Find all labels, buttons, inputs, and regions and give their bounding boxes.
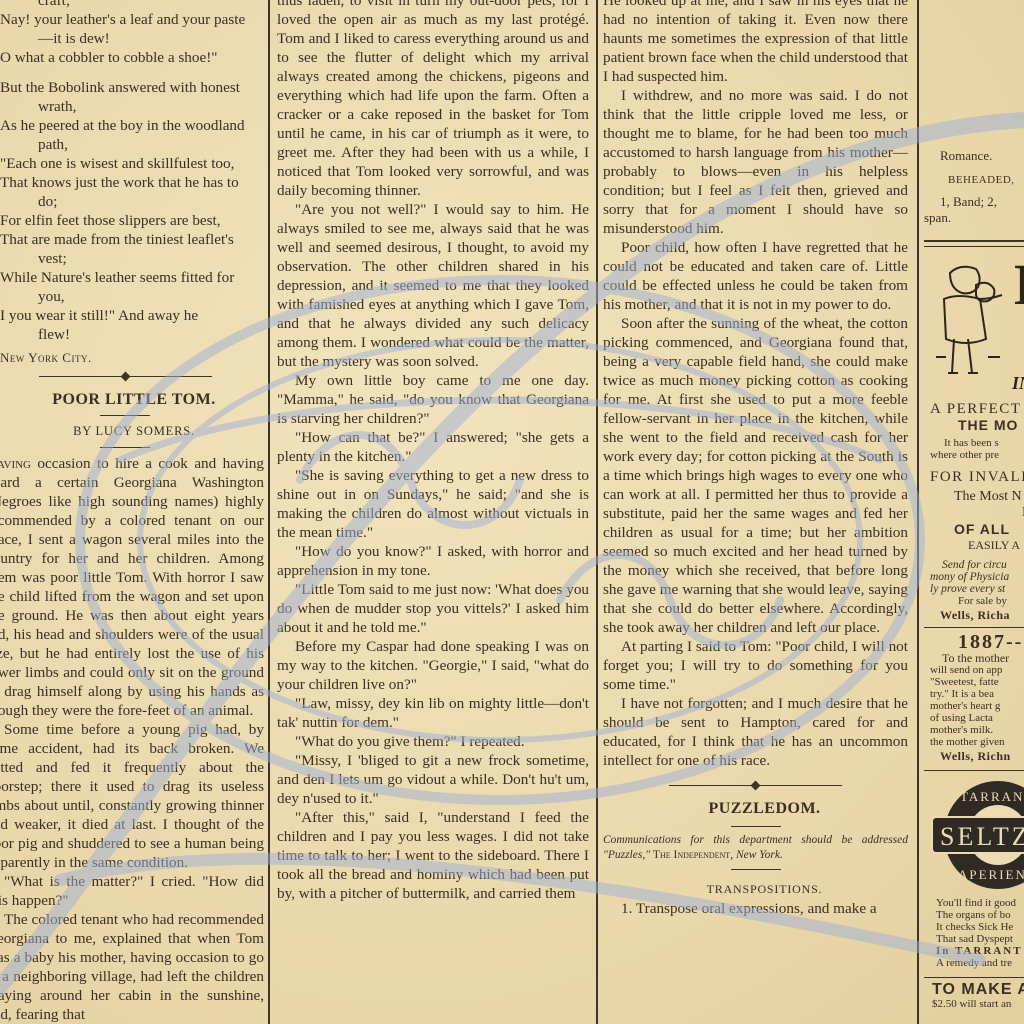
title-rule bbox=[100, 415, 150, 416]
article-title: POOR LITTLE TOM. bbox=[0, 390, 264, 409]
article-paragraph: "Are you not well?" I would say to him. … bbox=[277, 200, 589, 371]
ad-to-make: TO MAKE A $2.50 will start an bbox=[924, 982, 1024, 1010]
verse-line: craft; bbox=[0, 0, 264, 10]
article-paragraph: Having occasion to hire a cook and havin… bbox=[0, 454, 264, 720]
article-paragraph: The colored tenant who had recommended G… bbox=[0, 910, 264, 1024]
verse-line: you, bbox=[0, 287, 264, 306]
verse-line: —it is dew! bbox=[0, 29, 264, 48]
verse-line: Nay! your leather's a leaf and your past… bbox=[0, 10, 264, 29]
verse-line: do; bbox=[0, 192, 264, 211]
ad-logo-sub: INF bbox=[1012, 375, 1024, 391]
puzzle-subhead: TRANSPOSITIONS. bbox=[603, 880, 908, 899]
title-rule bbox=[731, 826, 781, 827]
verse-line: For elfin feet those slippers are best, bbox=[0, 211, 264, 230]
svg-text:TARRANT'S: TARRANT'S bbox=[960, 789, 1024, 804]
ad-rule bbox=[924, 627, 1024, 628]
verse-line: O what a cobbler to cobble a shoe!" bbox=[0, 48, 264, 67]
section-separator bbox=[603, 782, 908, 789]
column-4-ads: Romance. BEHEADED, 1, Band; 2, span. L I… bbox=[924, 0, 1024, 1024]
puzzle-item: 1. Transpose oral expressions, and make … bbox=[603, 899, 908, 918]
poem-verse: craft; Nay! your leather's a leaf and yo… bbox=[0, 0, 264, 367]
ad-tarrants-seltzer: SELTZER TARRANT'S APERIENT bbox=[924, 775, 1024, 897]
verse-line: vest; bbox=[0, 249, 264, 268]
puzzle-answer-heading: BEHEADED, bbox=[924, 172, 1024, 188]
verse-line: "Each one is wisest and skillfulest too, bbox=[0, 154, 264, 173]
dropcap-word: Having bbox=[0, 455, 31, 472]
article-paragraph: thus laden, to visit in turn my out-door… bbox=[277, 0, 589, 200]
byline-rule bbox=[100, 447, 150, 448]
article-paragraph: "How can that be?" I answered; "she gets… bbox=[277, 428, 589, 466]
column-2: thus laden, to visit in turn my out-door… bbox=[277, 0, 589, 1024]
ad-rule bbox=[924, 246, 1024, 247]
section-separator bbox=[0, 373, 264, 380]
article-paragraph: "Missy, I 'bliged to git a new frock som… bbox=[277, 751, 589, 808]
column-rule bbox=[268, 0, 270, 1024]
puzzle-answer: 1, Band; 2, bbox=[924, 194, 1024, 210]
article-paragraph: "Law, missy, dey kin lib on mighty littl… bbox=[277, 694, 589, 732]
column-rule bbox=[917, 0, 919, 1024]
ad-rule bbox=[924, 977, 1024, 978]
ad-rule bbox=[924, 770, 1024, 771]
column-rule bbox=[596, 0, 598, 1024]
verse-line: That knows just the work that he has to bbox=[0, 173, 264, 192]
verse-line: wrath, bbox=[0, 97, 264, 116]
note-rule bbox=[731, 869, 781, 870]
article-paragraph: "After this," said I, "understand I feed… bbox=[277, 808, 589, 903]
article-paragraph: Some time before a young pig had, by som… bbox=[0, 720, 264, 872]
article-paragraph: Before my Caspar had done speaking I was… bbox=[277, 637, 589, 694]
ad-infant-food-text: A PERFECT THE MO It has been s where oth… bbox=[924, 401, 1024, 623]
article-paragraph: Soon after the sunning of the wheat, the… bbox=[603, 314, 908, 637]
verse-line: That are made from the tiniest leaflet's bbox=[0, 230, 264, 249]
verse-line: I you wear it still!" And away he bbox=[0, 306, 264, 325]
article-paragraph: I have not forgotten; and I much desire … bbox=[603, 694, 908, 770]
article-paragraph: My own little boy came to me one day. "M… bbox=[277, 371, 589, 428]
verse-line: path, bbox=[0, 135, 264, 154]
svg-text:SELTZER: SELTZER bbox=[940, 822, 1024, 851]
article-paragraph: "Little Tom said to me just now: 'What d… bbox=[277, 580, 589, 637]
article-paragraph: "She is saving everything to get a new d… bbox=[277, 466, 589, 542]
article-paragraph: "How do you know?" I asked, with horror … bbox=[277, 542, 589, 580]
article-paragraph: At parting I said to Tom: "Poor child, I… bbox=[603, 637, 908, 694]
article-paragraph: He looked up at me, and I saw in his eye… bbox=[603, 0, 908, 86]
verse-line: But the Bobolink answered with honest bbox=[0, 78, 264, 97]
poem-signoff: New York City. bbox=[0, 348, 264, 367]
article-paragraph: "What do you give them?" I repeated. bbox=[277, 732, 589, 751]
ad-logo-letter: L bbox=[1014, 255, 1024, 315]
article-paragraph: "What is the matter?" I cried. "How did … bbox=[0, 872, 264, 910]
ad-tarrants-text: You'll find it good The organs of bo It … bbox=[924, 897, 1024, 969]
verse-line: As he peered at the boy in the woodland bbox=[0, 116, 264, 135]
ad-infant-food: L INF bbox=[924, 249, 1024, 399]
section-title-puzzledom: PUZZLEDOM. bbox=[603, 799, 908, 818]
article-paragraph: I withdrew, and no more was said. I do n… bbox=[603, 86, 908, 238]
verse-line: While Nature's leather seems fitted for bbox=[0, 268, 264, 287]
puzzle-answer: Romance. bbox=[924, 148, 1024, 164]
column-1: craft; Nay! your leather's a leaf and yo… bbox=[0, 0, 264, 1024]
article-byline: BY LUCY SOMERS. bbox=[0, 422, 264, 441]
ad-rule bbox=[924, 240, 1024, 242]
svg-text:APERIENT: APERIENT bbox=[958, 867, 1024, 882]
seltzer-aperient-badge-icon: SELTZER TARRANT'S APERIENT bbox=[928, 775, 1024, 897]
puzzle-answer: span. bbox=[924, 210, 1024, 226]
puzzle-instructions: Communications for this department shoul… bbox=[603, 833, 908, 863]
column-3: He looked up at me, and I saw in his eye… bbox=[603, 0, 908, 1024]
verse-line: flew! bbox=[0, 325, 264, 344]
mother-child-illustration-icon bbox=[932, 261, 1012, 391]
ad-1887: 1887-- To the mother will send on app "S… bbox=[924, 634, 1024, 764]
article-paragraph: Poor child, how often I have regretted t… bbox=[603, 238, 908, 314]
